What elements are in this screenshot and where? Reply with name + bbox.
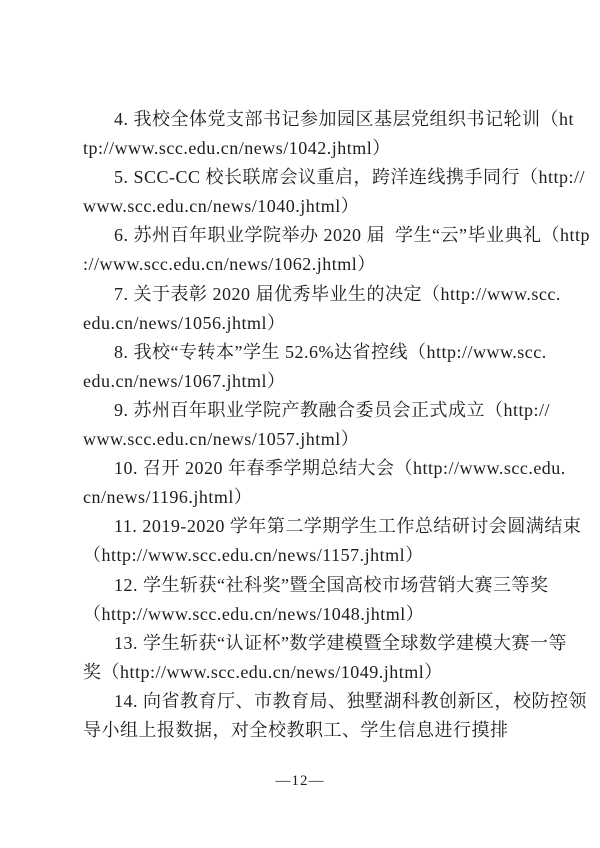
text-line-21: 14. 向省教育厅、市教育局、独墅湖科教创新区，校防控领: [83, 687, 561, 716]
text-line-3: 5. SCC-CC 校长联席会议重启，跨洋连线携手同行（http://: [83, 163, 561, 192]
text-line-9: 8. 我校“专转本”学生 52.6%达省控线（http://www.scc.: [83, 338, 561, 367]
text-line-7: 7. 关于表彰 2020 届优秀毕业生的决定（http://www.scc.: [83, 280, 561, 309]
text-line-19: 13. 学生斩获“认证杯”数学建模暨全球数学建模大赛一等: [83, 629, 561, 658]
page-number: —12—: [276, 772, 325, 790]
document-page: 4. 我校全体党支部书记参加园区基层党组织书记轮训（http://www.scc…: [0, 0, 600, 848]
text-line-11: 9. 苏州百年职业学院产教融合委员会正式成立（http://: [83, 396, 561, 425]
text-line-17: 12. 学生斩获“社科奖”暨全国高校市场营销大赛三等奖: [83, 571, 561, 600]
text-line-4: www.scc.edu.cn/news/1040.jhtml）: [83, 192, 561, 221]
text-line-2: tp://www.scc.edu.cn/news/1042.jhtml）: [83, 134, 561, 163]
document-body: 4. 我校全体党支部书记参加园区基层党组织书记轮训（http://www.scc…: [83, 105, 561, 745]
text-line-1: 4. 我校全体党支部书记参加园区基层党组织书记轮训（ht: [83, 105, 561, 134]
text-line-16: （http://www.scc.edu.cn/news/1157.jhtml）: [83, 541, 561, 570]
text-line-10: edu.cn/news/1067.jhtml）: [83, 367, 561, 396]
text-line-13: 10. 召开 2020 年春季学期总结大会（http://www.scc.edu…: [83, 454, 561, 483]
text-line-22: 导小组上报数据，对全校教职工、学生信息进行摸排: [83, 716, 561, 745]
text-line-6: ://www.scc.edu.cn/news/1062.jhtml）: [83, 250, 561, 279]
text-line-12: www.scc.edu.cn/news/1057.jhtml）: [83, 425, 561, 454]
page-footer: —12—: [0, 772, 600, 790]
text-line-18: （http://www.scc.edu.cn/news/1048.jhtml）: [83, 600, 561, 629]
text-line-8: edu.cn/news/1056.jhtml）: [83, 309, 561, 338]
text-line-5: 6. 苏州百年职业学院举办 2020 届 学生“云”毕业典礼（http: [83, 221, 561, 250]
text-line-14: cn/news/1196.jhtml）: [83, 483, 561, 512]
text-line-20: 奖（http://www.scc.edu.cn/news/1049.jhtml）: [83, 658, 561, 687]
text-line-15: 11. 2019-2020 学年第二学期学生工作总结研讨会圆满结束: [83, 512, 561, 541]
